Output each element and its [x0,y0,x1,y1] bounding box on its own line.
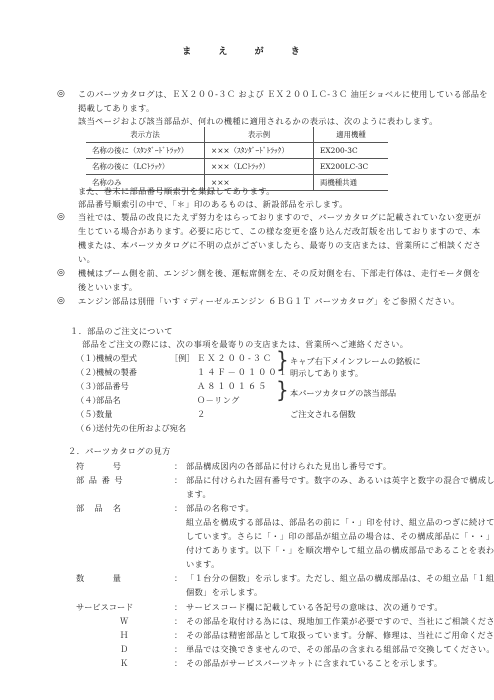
table-row: 名称の後に（ｽﾀﾝﾀﾞｰﾄﾞﾄﾗｯｸ） ×××（ｽﾀﾝﾀﾞｰﾄﾞﾄﾗｯｸ） EX… [86,143,388,159]
table-cell: 名称の後に（ｽﾀﾝﾀﾞｰﾄﾞﾄﾗｯｸ） [86,143,205,159]
order-item-value: Ａ８１０１６５ [197,382,268,390]
def-colon: ： [174,504,182,512]
def-text: ます。 [186,490,211,498]
def-text: 個数」を示します。 [186,588,263,596]
def-text: 付けてあります。以下「・」を順次増やして組立品の構成部品であることを表わして [186,546,494,554]
order-item-label: 送付先の住所および宛名 [96,424,186,432]
brace-icon: } [276,349,289,371]
order-item-value: １４Ｆ－０１００１ [197,368,289,376]
def-text: サービスコード欄に記載している各記号の意味は、次の通りです。 [186,603,443,611]
section1-heading: １．部品のご注文について [70,327,173,335]
def-text: 「１台分の個数」を示します。ただし、組立品の構成部品は、その組立品「１組分の [186,574,494,582]
service-code-text: その部品がサービスパーツキットに含まれていることを示します。 [186,659,442,667]
def-colon: ： [174,574,182,582]
order-item-label: 部品番号 [96,382,129,390]
order-item-label: 機械の製番 [96,368,137,376]
def-colon: ： [174,462,182,470]
table-header: 表示方法 [86,127,205,143]
def-term: 数 量 [76,574,122,582]
intro3-line-2: 後といいます。 [78,283,137,291]
table-cell: EX200LC-3C [314,159,389,175]
def-colon: ： [174,631,182,639]
order-item-label: 部品名 [96,396,121,404]
intro-line-3: 該当ページおよび該当部品が、何れの機種に適用されるかの表示は、次のように表わしま… [78,117,438,125]
example-label: ［例］ [170,354,195,362]
order-item-value: Ｏ－リング [197,396,240,404]
table-cell: 両機種共通 [314,175,389,191]
def-colon: ： [174,645,182,653]
intro-line-1: このパーツカタログは、ＥＸ２００-３Ｃ および ＥＸ２００ＬＣ-３Ｃ 油圧ショベ… [78,90,488,98]
intro3-line-1: 機械はブーム側を前、エンジン側を後、運転席側を左、その反対側を右、下部走行体は、… [78,269,481,277]
def-text: しています。さらに「・」印の部品が組立品の場合は、その構成部品に「・・」印が [186,532,494,540]
table-header: 表示例 [205,127,314,143]
def-term: 部 品 名 [76,504,122,512]
def-term: 符 号 [76,462,122,470]
def-term: 部 品 番 号 [76,476,124,484]
service-code-text: 単品では交換できませんので、その部品の含まれる組部品で交換してください。 [186,645,494,653]
order-item-value: ２ [197,410,206,418]
index-note-1: また、巻末に部品番号順索引を集録してあります。 [78,187,275,195]
bullet-mark-4: ◎ [57,297,65,306]
order-item-value: ＥＸ２００-３Ｃ [197,354,273,362]
order-note-2: 本パーツカタログの該当部品 [290,389,396,397]
brace-icon: } [276,379,289,401]
table-cell: ×××（LCﾄﾗｯｸ） [205,159,314,175]
table-header: 適用機種 [314,127,389,143]
service-code-text: その部品は精密部品として取扱っています。分解、修理は、当社にご用命ください。 [186,631,494,639]
table-cell: 名称の後に（LCﾄﾗｯｸ） [86,159,205,175]
def-colon: ： [174,659,182,667]
intro4-line-1: エンジン部品は別冊「いすゞディーゼルエンジン ６ＢＧ１Ｔ パーツカタログ」をご参… [78,297,460,305]
def-colon: ： [174,476,182,484]
order-note-1b: 明示してあります。 [290,369,363,377]
order-note-3: ご注文される個数 [290,410,356,418]
def-colon: ： [174,603,182,611]
def-text: います。 [186,560,220,568]
def-term: サービスコード [76,603,133,611]
service-code: Ｈ [120,631,128,639]
intro2-line-1: 当社では、製品の改良にたえず努力をはらっておりますので、パーツカタログに記載され… [78,213,481,221]
def-text: 部品に付けられた固有番号です。数字のみ、あるいは英字と数字の混合で構成してい [186,476,494,484]
intro2-line-2: 生じている場合があります。必要に応じて、この様な変更を盛り込んだ改訂版を出してお… [78,227,481,235]
order-item-label: 数量 [96,410,112,418]
bullet-mark-3: ◎ [57,269,65,278]
intro2-line-4: い。 [78,255,95,263]
service-code: Ｗ [120,617,128,625]
def-text: 組立品を構成する部品は、部品名の前に「・」印を付け、組立品のつぎに続けて記載 [186,518,494,526]
intro2-line-3: 機または、本パーツカタログに不明の点がございましたら、最寄りの支店または、営業所… [78,241,481,249]
model-indication-table: 表示方法 表示例 適用機種 名称の後に（ｽﾀﾝﾀﾞｰﾄﾞﾄﾗｯｸ） ×××（ｽﾀ… [86,127,388,191]
service-code-text: その部品を取付ける為には、現地加工作業が必要ですので、当社にご相談ください。 [186,617,494,625]
page-title: ま え が き [0,48,494,57]
service-code: Ｄ [120,645,128,653]
table-cell: EX200-3C [314,143,389,159]
section2-heading: ２．パーツカタログの見方 [68,447,171,455]
section1-lead: 部品をご注文の際には、次の事項を最寄りの支店または、営業所へご連絡ください。 [82,340,408,348]
table-row: 名称の後に（LCﾄﾗｯｸ） ×××（LCﾄﾗｯｸ） EX200LC-3C [86,159,388,175]
order-note-1a: キャブ右下メインフレームの銘板に [290,357,421,365]
order-item-label: 機械の型式 [96,354,137,362]
bullet-mark-2: ◎ [57,213,65,222]
table-cell: ×××（ｽﾀﾝﾀﾞｰﾄﾞﾄﾗｯｸ） [205,143,314,159]
service-code: Ｋ [120,659,128,667]
index-note-2: 部品番号順索引の中で、「＊」印のあるものは、新設部品を示します。 [78,200,348,208]
def-text: 部品の名称です。 [186,504,254,512]
intro-line-2: 掲載してあります。 [78,104,155,112]
table-header-row: 表示方法 表示例 適用機種 [86,127,388,143]
bullet-mark-1: ◎ [57,90,65,99]
def-colon: ： [174,617,182,625]
def-text: 部品構成図内の各部品に付けられた見出し番号です。 [186,462,391,470]
